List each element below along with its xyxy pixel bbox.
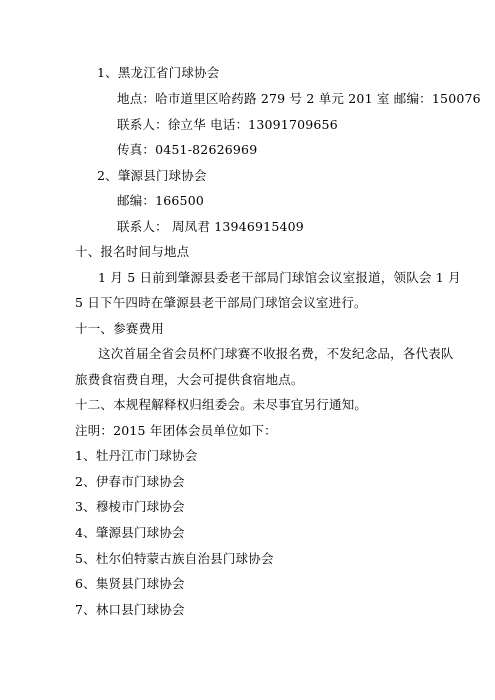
contact-1-person: 联系人：徐立华 电话：13091709656 xyxy=(117,117,338,133)
section-10-para-line2: 5 日下午四時在肇源县老干部局门球馆会议室进行。 xyxy=(75,295,367,311)
member-item: 7、林口县门球协会 xyxy=(75,602,185,618)
contact-2-heading: 2、肇源县门球协会 xyxy=(97,168,207,184)
section-11-para-line2: 旅费食宿费自理，大会可提供食宿地点。 xyxy=(75,372,304,388)
member-item: 4、肇源县门球协会 xyxy=(75,525,185,541)
contact-1-fax: 传真：0451-82626969 xyxy=(117,142,257,158)
contact-1-address: 地点：哈市道里区哈药路 279 号 2 单元 201 室 邮编：150076 xyxy=(117,91,481,107)
member-item: 5、杜尔伯特蒙古族自治县门球协会 xyxy=(75,551,274,567)
member-item: 1、牡丹江市门球协会 xyxy=(75,448,197,464)
section-12-title: 十二、本规程解释权归组委会。未尽事宜另行通知。 xyxy=(75,397,367,413)
section-10-para-line1: 1 月 5 日前到肇源县委老干部局门球馆会议室报道，领队会 1 月 xyxy=(98,270,461,286)
contact-2-person: 联系人： 周凤君 13946915409 xyxy=(117,219,304,235)
member-item: 2、伊春市门球协会 xyxy=(75,474,185,490)
member-item: 3、穆棱市门球协会 xyxy=(75,499,185,515)
section-11-title: 十一、参赛费用 xyxy=(75,321,164,337)
section-10-title: 十、报名时间与地点 xyxy=(75,244,189,260)
note-title: 注明：2015 年团体会员单位如下： xyxy=(75,423,277,439)
contact-1-heading: 1、黑龙江省门球协会 xyxy=(97,65,219,81)
section-11-para-line1: 这次首届全省会员杯门球赛不收报名费，不发纪念品，各代表队 xyxy=(98,346,454,362)
contact-2-postcode: 邮编：166500 xyxy=(117,193,204,209)
member-item: 6、集贤县门球协会 xyxy=(75,576,185,592)
